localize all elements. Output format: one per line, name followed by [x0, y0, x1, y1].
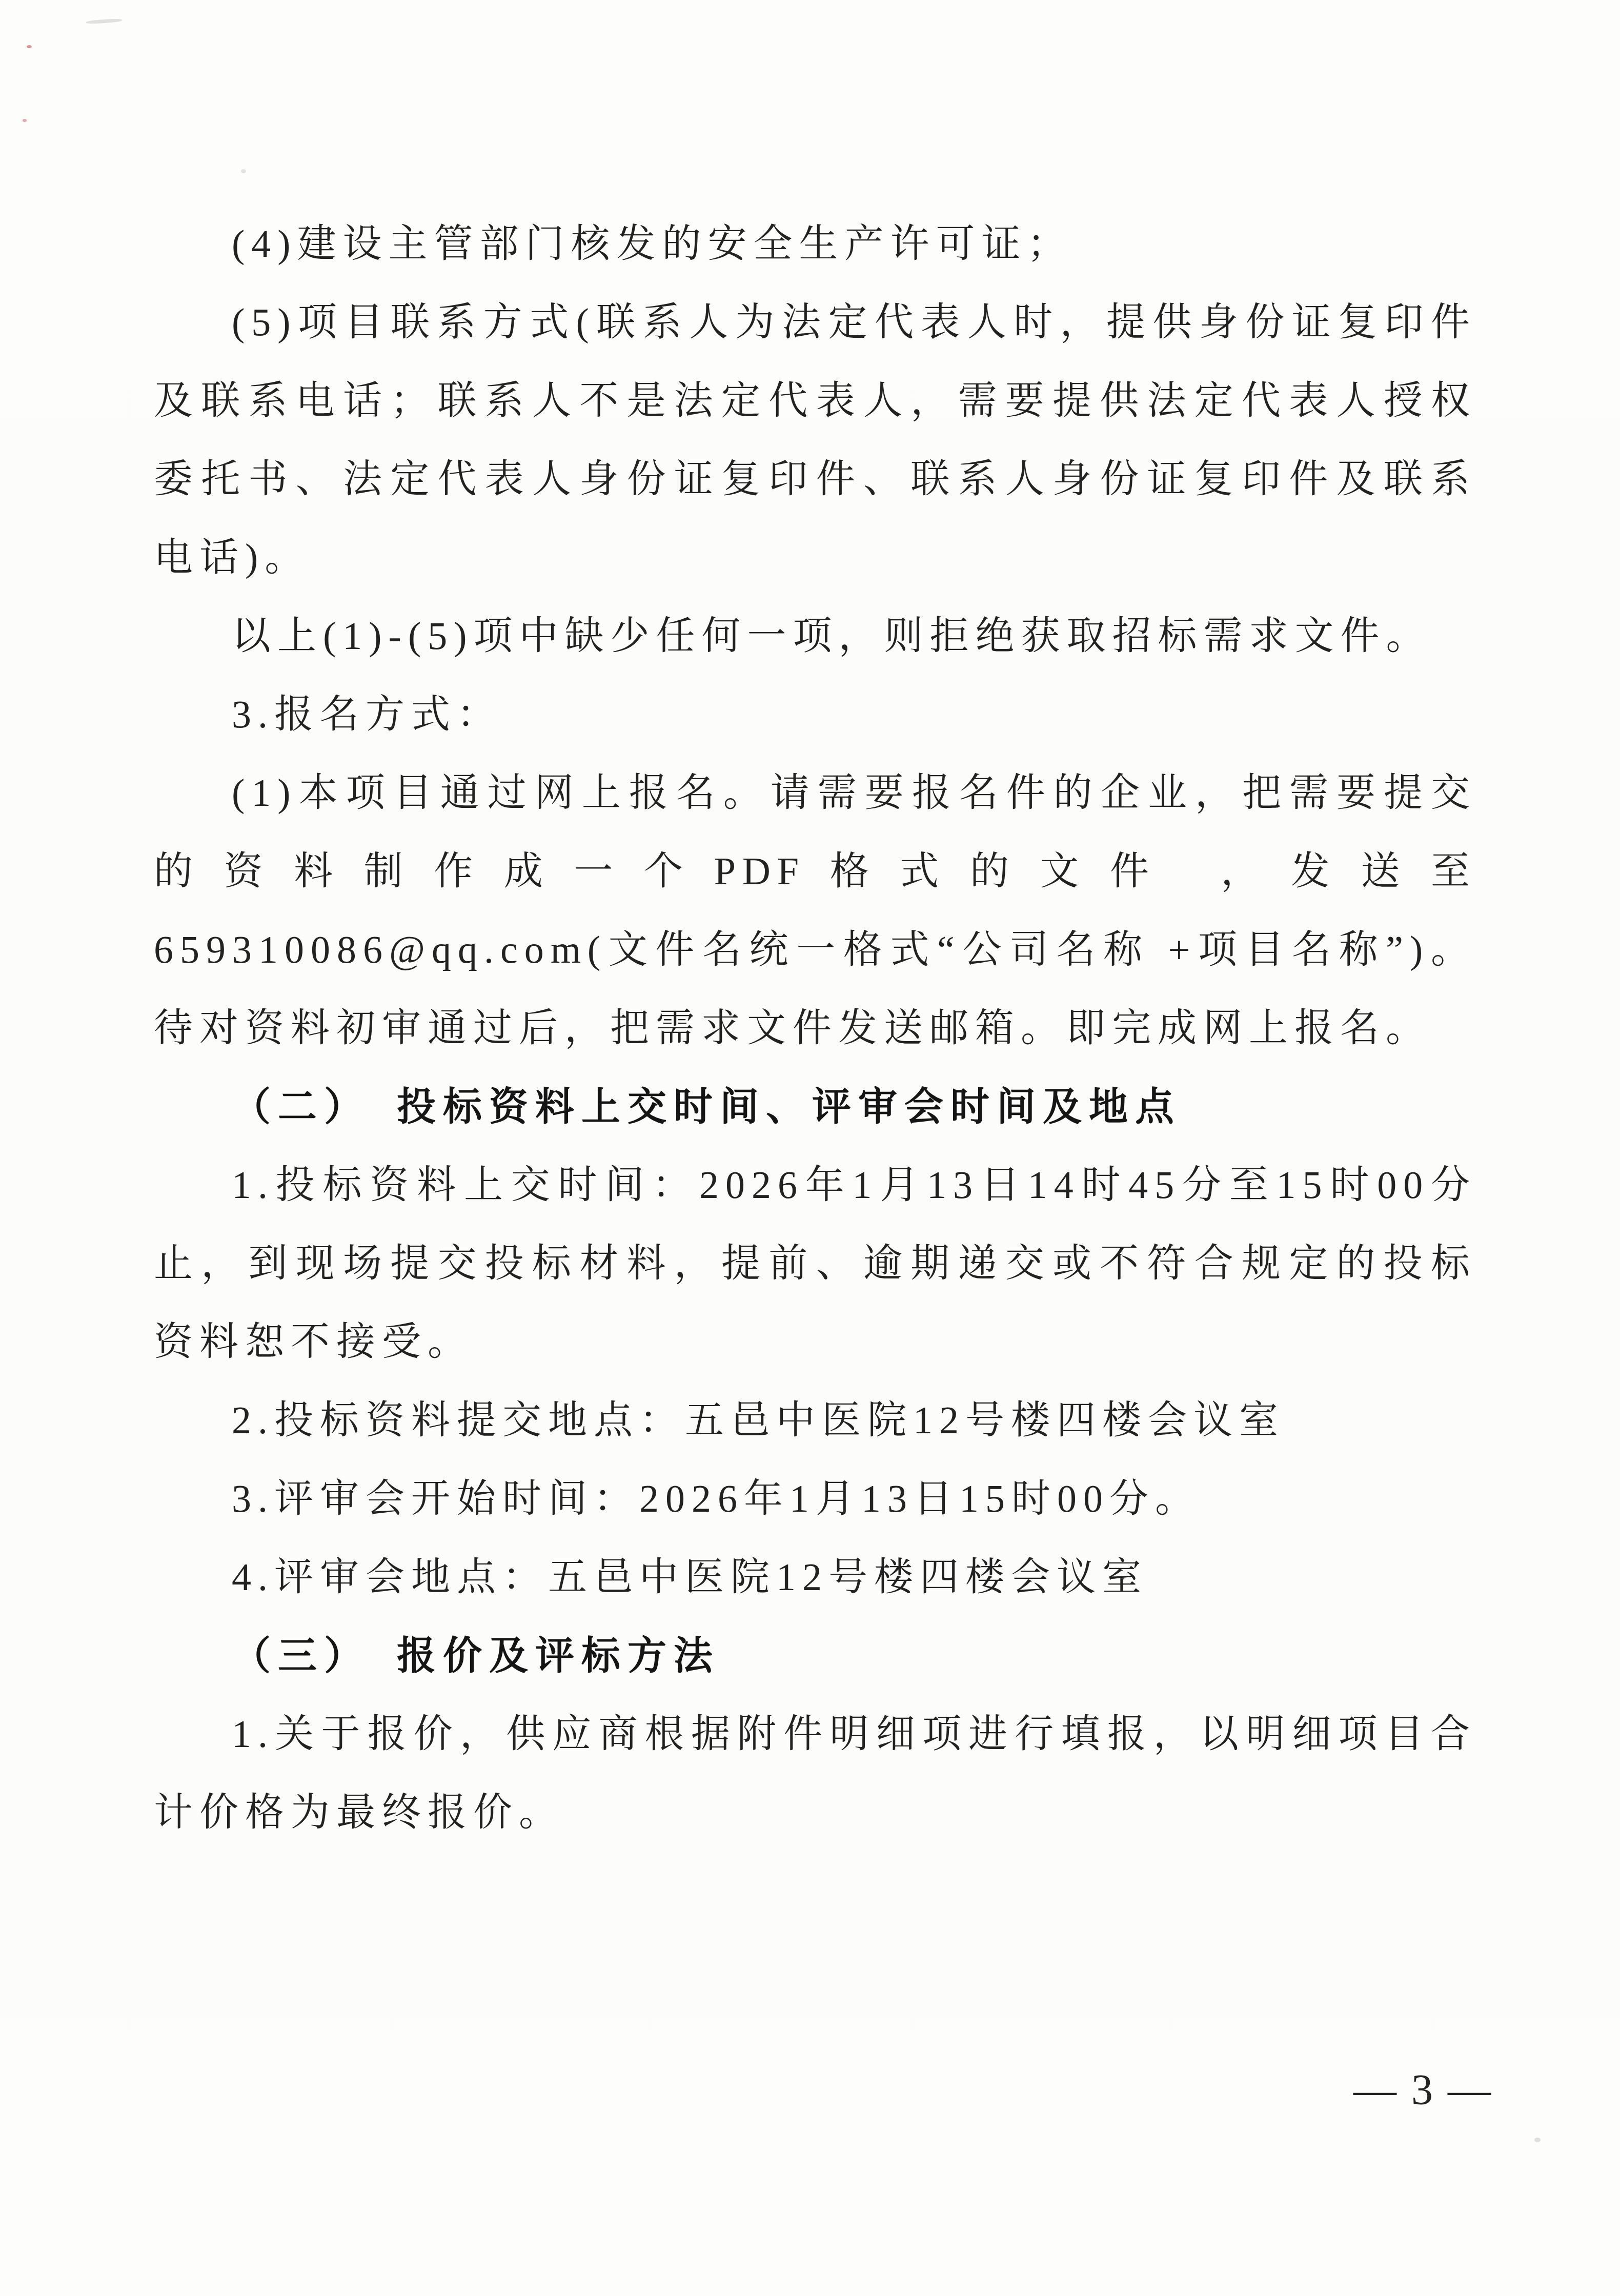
section-heading-submission-info: （二） 投标资料上交时间、评审会时间及地点: [154, 1068, 1476, 1146]
paragraph-item-4: (4)建设主管部门核发的安全生产许可证；: [154, 205, 1476, 283]
paragraph-submission-place: 2.投标资料提交地点：五邑中医院12号楼四楼会议室: [154, 1381, 1476, 1460]
paragraph-quotation-rule: 1.关于报价，供应商根据附件明细项进行填报，以明细项目合计价格为最终报价。: [154, 1695, 1476, 1852]
scanned-page: (4)建设主管部门核发的安全生产许可证； (5)项目联系方式(联系人为法定代表人…: [0, 0, 1620, 2296]
paragraph-review-place: 4.评审会地点：五邑中医院12号楼四楼会议室: [154, 1538, 1476, 1617]
paragraph-submission-time: 1.投标资料上交时间：2026年1月13日14时45分至15时00分止，到现场提…: [154, 1146, 1476, 1381]
page-number: — 3 —: [1353, 2065, 1493, 2116]
scan-smudge: [241, 169, 246, 173]
paragraph-registration-method-detail: (1)本项目通过网上报名。请需要报名件的企业，把需要提交的资料制作成一个PDF格…: [154, 754, 1476, 1068]
document-body: (4)建设主管部门核发的安全生产许可证； (5)项目联系方式(联系人为法定代表人…: [154, 205, 1476, 1852]
paragraph-registration-method-title: 3.报名方式：: [154, 676, 1476, 754]
scan-smudge: [86, 18, 122, 25]
scan-speck: [27, 45, 32, 48]
paragraph-missing-items-note: 以上(1)-(5)项中缺少任何一项，则拒绝获取招标需求文件。: [154, 597, 1476, 676]
scan-speck: [23, 119, 27, 122]
scan-smudge: [1534, 2138, 1541, 2142]
paragraph-review-start-time: 3.评审会开始时间：2026年1月13日15时00分。: [154, 1460, 1476, 1538]
paragraph-item-5: (5)项目联系方式(联系人为法定代表人时，提供身份证复印件及联系电话；联系人不是…: [154, 283, 1476, 597]
section-heading-quotation-method: （三） 报价及评标方法: [154, 1617, 1476, 1695]
